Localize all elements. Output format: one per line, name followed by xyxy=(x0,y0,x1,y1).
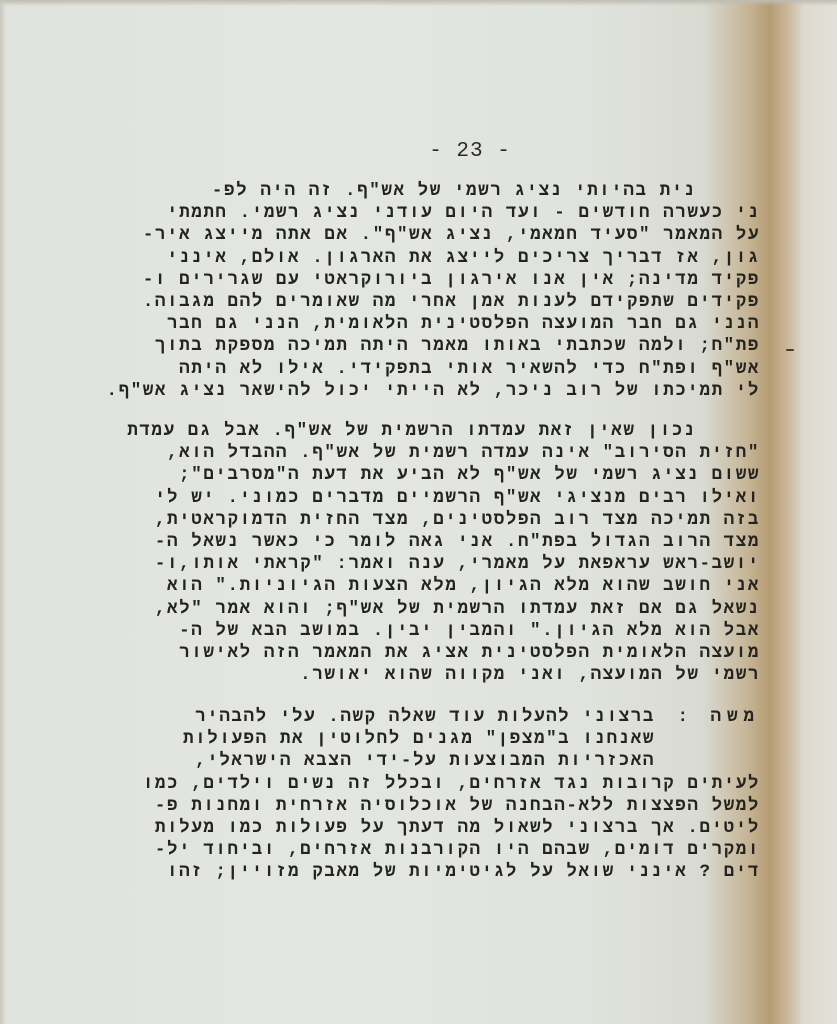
paragraph-1: נית בהיותי נציג רשמי של אש"ף. זה היה לפ-… xyxy=(110,180,760,402)
text-line: ליטים. אך ברצוני לשאול מה דעתך על פעולות… xyxy=(110,817,760,839)
text-line: ברצוני להעלות עוד שאלה קשה. עלי להבהיר xyxy=(195,707,655,727)
text-line: מועצה הלאומית הפלסטינית אציג את המאמר הז… xyxy=(110,642,760,664)
text-line: מצד הרוב הגדול בפת"ח. אני גאה לומר כי כא… xyxy=(110,531,760,553)
speaker-label: משה : xyxy=(655,706,760,728)
scanned-page: - 23 - נית בהיותי נציג רשמי של אש"ף. זה … xyxy=(0,0,837,1024)
margin-pen-mark xyxy=(786,349,794,351)
text-line: אבל הוא מלא הגיון." והמבין יבין. במושב ה… xyxy=(110,620,760,642)
text-line: נכון שאין זאת עמדתו הרשמית של אש"ף. אבל … xyxy=(110,420,760,442)
text-line: הנני גם חבר המועצה הפלסטינית הלאומית, הנ… xyxy=(110,313,760,335)
text-line: ששום נציג רשמי של אש"ף לא הביע את דעת ה"… xyxy=(110,464,760,486)
text-line: פת"ח; ולמה שכתבתי באותו מאמר היתה תמיכה … xyxy=(110,335,760,357)
text-line: האכזריות המבוצעות על-ידי הצבא הישראלי, xyxy=(110,750,760,772)
text-line: ני כעשרה חודשים - ועד היום עודני נציג רש… xyxy=(110,202,760,224)
dialogue-paragraph: משה :ברצוני להעלות עוד שאלה קשה. עלי להב… xyxy=(110,706,760,884)
text-line: ואילו רבים מנציגי אש"ף הרשמיים מדברים כמ… xyxy=(110,487,760,509)
page-number: - 23 - xyxy=(0,140,837,163)
text-line: גון, אז דבריך צריכים לייצג את הארגון. או… xyxy=(110,247,760,269)
text-line: על המאמר "סעיד חמאמי, נציג אש"ף". אם אתה… xyxy=(110,224,760,246)
text-line: ומקרים דומים, שבהם היו הקורבנות אזרחים, … xyxy=(110,839,760,861)
paragraph-2: נכון שאין זאת עמדתו הרשמית של אש"ף. אבל … xyxy=(110,420,760,686)
text-line: דים ? אינני שואל על לגיטימיות של מאבק מז… xyxy=(110,861,760,883)
text-line: לעיתים קרובות נגד אזרחים, ובכלל זה נשים … xyxy=(110,773,760,795)
text-line: רשמי של המועצה, ואני מקווה שהוא יאושר. xyxy=(110,664,760,686)
text-line: אש"ף ופת"ח כדי להשאיר אותי בתפקידי. אילו… xyxy=(110,358,760,380)
text-line: לי תמיכתו של רוב ניכר, לא הייתי יכול להי… xyxy=(110,380,760,402)
text-line: שאנחנו ב"מצפן" מגנים לחלוטין את הפעולות xyxy=(110,728,760,750)
text-line: יושב-ראש עראפאת על מאמרי, ענה ואמר: "קרא… xyxy=(110,553,760,575)
text-line: פקיד מדינה; אין אנו אירגון ביורוקראטי עם… xyxy=(110,269,760,291)
text-line: נית בהיותי נציג רשמי של אש"ף. זה היה לפ- xyxy=(110,180,760,202)
text-line: אני חושב שהוא מלא הגיון, מלא הצעות הגיונ… xyxy=(110,575,760,597)
text-line: בזה תמיכה מצד רוב הפלסטינים, מצד החזית ה… xyxy=(110,509,760,531)
text-line: למשל הפצצות ללא-הבחנה של אוכלוסיה אזרחית… xyxy=(110,795,760,817)
text-line: פקידים שתפקידם לענות אמן אחרי מה שאומרים… xyxy=(110,291,760,313)
text-line: "חזית הסירוב" אינה עמדה רשמית של אש"ף. ה… xyxy=(110,442,760,464)
speaker-row: משה :ברצוני להעלות עוד שאלה קשה. עלי להב… xyxy=(110,706,760,728)
text-line: נשאל גם אם זאת עמדתו הרשמית של אש"ף; והו… xyxy=(110,598,760,620)
page-top-edge-shadow xyxy=(0,0,837,6)
